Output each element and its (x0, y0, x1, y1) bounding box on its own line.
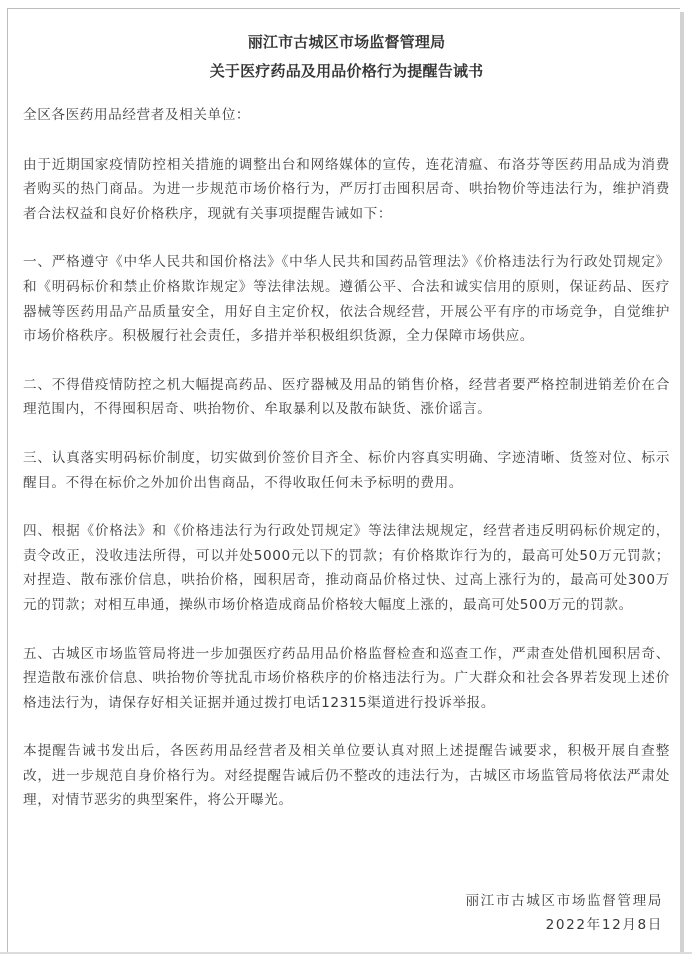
paragraph-intro: 由于近期国家疫情防控相关措施的调整出台和网络媒体的宣传，连花清瘟、布洛芬等医药用… (23, 153, 670, 227)
document-title-subject: 关于医疗药品及用品价格行为提醒告诫书 (23, 57, 670, 86)
frame-shadow (680, 12, 684, 952)
paragraph-closing: 本提醒告诫书发出后，各医药用品经营者及相关单位要认真对照上述提醒告诫要求，积极开… (23, 739, 670, 813)
signature-date: 2022年12月8日 (465, 913, 663, 937)
document-title-issuer: 丽江市古城区市场监督管理局 (23, 28, 670, 57)
signature-block: 丽江市古城区市场监督管理局 2022年12月8日 (465, 889, 663, 937)
document-body: 丽江市古城区市场监督管理局 关于医疗药品及用品价格行为提醒告诫书 全区各医药用品… (23, 28, 670, 813)
salutation: 全区各医药用品经营者及相关单位： (23, 103, 670, 128)
paragraph-item-2: 二、不得借疫情防控之机大幅提高药品、医疗器械及用品的销售价格，经营者要严格控制进… (23, 373, 670, 422)
paragraph-item-4: 四、根据《价格法》和《价格违法行为行政处罚规定》等法律法规规定，经营者违反明码标… (23, 519, 670, 617)
paragraph-item-1: 一、严格遵守《中华人民共和国价格法》《中华人民共和国药品管理法》《价格违法行为行… (23, 250, 670, 348)
paragraph-item-3: 三、认真落实明码标价制度，切实做到价签价目齐全、标价内容真实明确、字迹清晰、货签… (23, 446, 670, 495)
signature-issuer: 丽江市古城区市场监督管理局 (465, 889, 663, 913)
frame-bottom-divider (0, 952, 692, 954)
paragraph-item-5: 五、古城区市场监管局将进一步加强医疗药品用品价格监督检查和巡查工作，严肃查处借机… (23, 642, 670, 716)
